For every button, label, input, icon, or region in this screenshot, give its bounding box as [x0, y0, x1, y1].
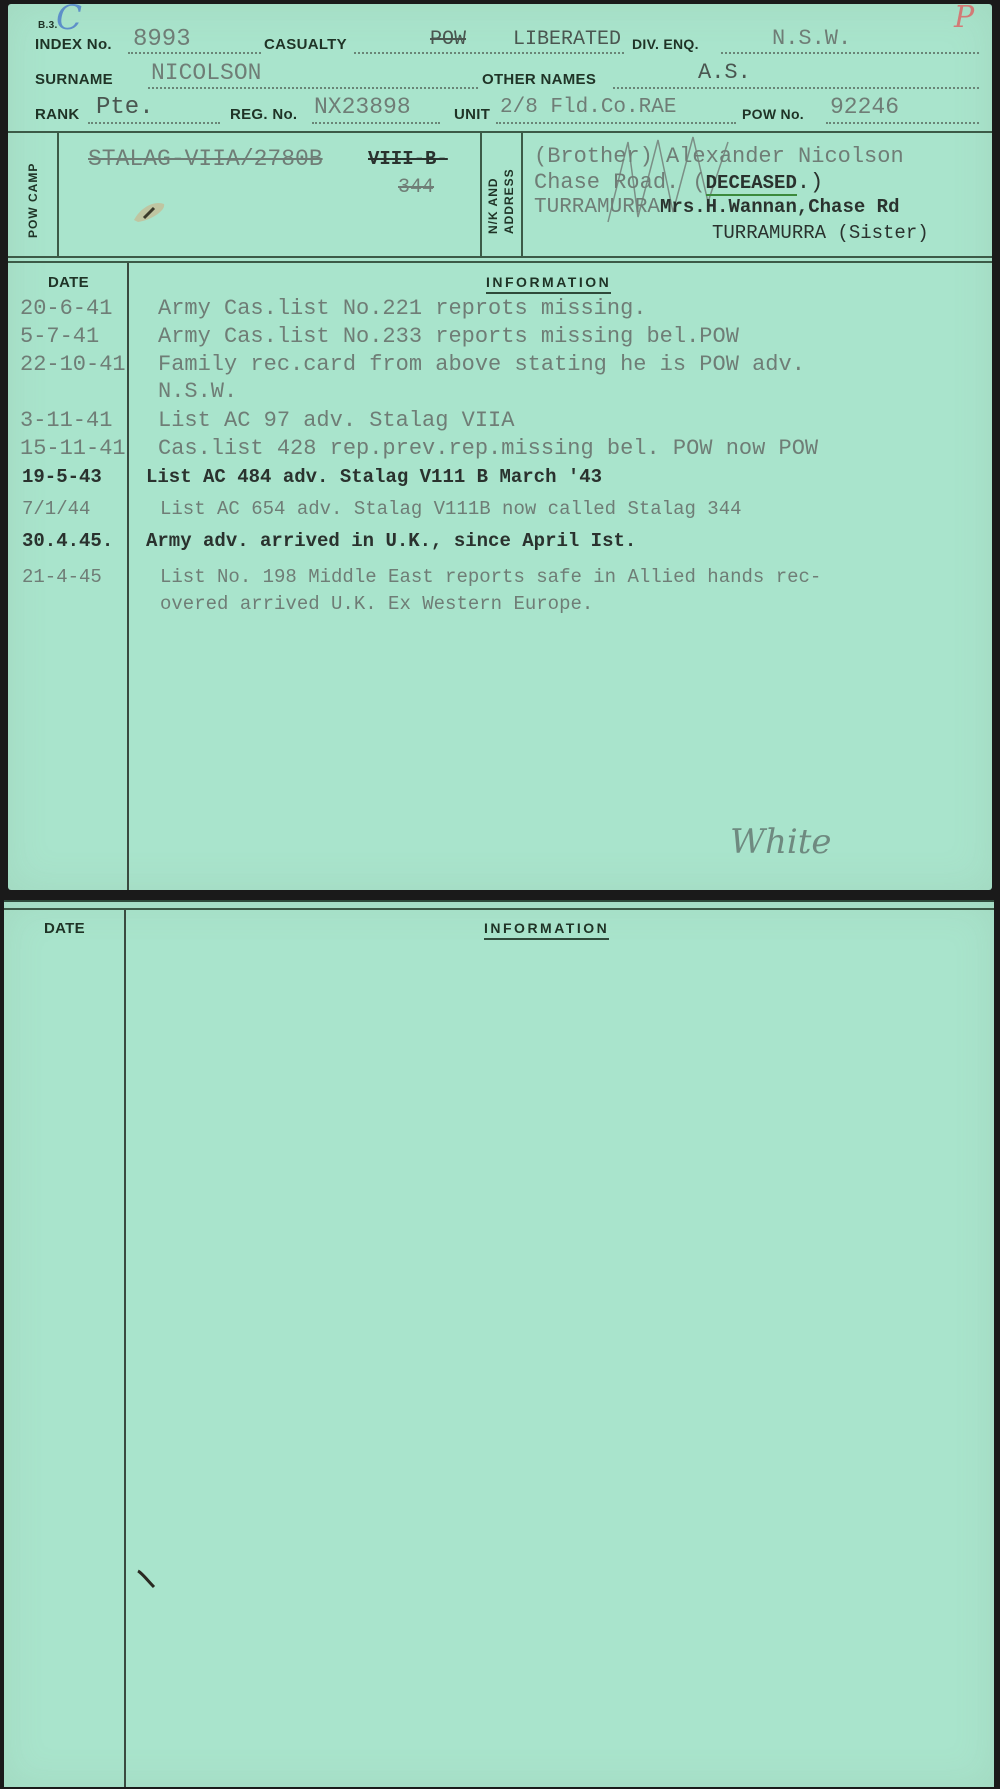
- pow-camp-divider: [57, 133, 59, 257]
- casualty-dots: [354, 52, 624, 54]
- date-header: DATE: [48, 274, 89, 291]
- index-no-label: INDEX No.: [35, 36, 112, 53]
- unit-label: UNIT: [454, 106, 490, 123]
- nok-line3: TURRAMURRAMrs.H.Wannan,Chase Rd: [534, 196, 899, 219]
- entry-info: Cas.list 428 rep.prev.rep.missing bel. P…: [158, 436, 818, 461]
- back-date-header: DATE: [44, 920, 85, 937]
- surname-dots: [148, 87, 478, 89]
- entry-date: 21-4-45: [22, 566, 102, 588]
- information-header: INFORMATION: [486, 274, 611, 294]
- reg-no-value: NX23898: [314, 94, 411, 120]
- pow-camp-struck-2: VIII-B-: [368, 148, 448, 170]
- red-pencil-mark: P: [954, 0, 974, 35]
- other-names-value: A.S.: [698, 60, 751, 85]
- entry-info: Army adv. arrived in U.K., since April I…: [146, 530, 636, 552]
- pow-camp-struck-3: 344: [398, 176, 434, 199]
- entry-date: 19-5-43: [22, 466, 102, 488]
- handwritten-note: White: [730, 822, 832, 862]
- nok-label-divider-left: [480, 133, 482, 257]
- nok-label-divider-right: [521, 133, 523, 257]
- pow-no-value: 92246: [830, 94, 899, 120]
- surname-value: NICOLSON: [151, 60, 261, 86]
- nok-line2-end: .): [797, 170, 823, 195]
- blue-pencil-mark: C: [56, 0, 82, 38]
- pow-camp-struck: STALAG-VIIA/2780B: [88, 146, 323, 172]
- nok-divider-2: [8, 261, 992, 263]
- form-code: B.3.: [38, 20, 58, 31]
- pow-camp-label: POW CAMP: [26, 163, 40, 238]
- unit-dots: [496, 122, 736, 124]
- entry-info: List AC 97 adv. Stalag VIIA: [158, 408, 514, 433]
- ink-speck: [134, 1567, 164, 1597]
- rank-dots: [88, 122, 220, 124]
- back-date-column-divider: [124, 910, 126, 1787]
- div-enq-dots: [721, 52, 979, 54]
- entry-info: List AC 654 adv. Stalag V111B now called…: [160, 498, 742, 520]
- casualty-label: CASUALTY: [264, 36, 347, 53]
- nok-line3-b: Mrs.H.Wannan,Chase Rd: [660, 196, 899, 218]
- entry-info: Army Cas.list No.221 reprots missing.: [158, 296, 646, 321]
- entry-date: 7/1/44: [22, 498, 90, 520]
- nok-line1: (Brother) Alexander Nicolson: [534, 144, 904, 169]
- div-enq-value: N.S.W.: [772, 26, 851, 51]
- entry-info: Family rec.card from above stating he is…: [158, 352, 805, 377]
- header-divider: [8, 131, 992, 133]
- back-information-header: INFORMATION: [484, 920, 609, 940]
- other-names-label: OTHER NAMES: [482, 71, 596, 88]
- entry-date: 30.4.45.: [22, 530, 113, 552]
- nok-line2: Chase Road. (DECEASED.): [534, 170, 823, 195]
- entry-date: 3-11-41: [20, 408, 112, 433]
- casualty-struck-value: POW: [430, 28, 466, 51]
- date-column-divider: [127, 263, 129, 890]
- pow-no-label: POW No.: [742, 106, 804, 122]
- nok-label-line1: N/K AND: [486, 177, 500, 234]
- unit-value: 2/8 Fld.Co.RAE: [500, 96, 676, 119]
- card-front: P C B.3. INDEX No. 8993 CASUALTY POW LIB…: [8, 4, 992, 890]
- entry-info: overed arrived U.K. Ex Western Europe.: [160, 593, 593, 615]
- rank-label: RANK: [35, 106, 80, 123]
- entry-info: List AC 484 adv. Stalag V111 B March '43: [146, 466, 602, 488]
- deceased-text: DECEASED: [706, 172, 797, 196]
- index-no-value: 8993: [133, 26, 191, 53]
- nok-label-line2: ADDRESS: [502, 168, 516, 234]
- entry-info: List No. 198 Middle East reports safe in…: [160, 566, 821, 588]
- reg-no-dots: [312, 122, 440, 124]
- entry-info: Army Cas.list No.233 reports missing bel…: [158, 324, 739, 349]
- ink-blot: [130, 198, 170, 226]
- nok-line3-a: TURRAMURRA: [534, 196, 660, 219]
- other-names-dots: [613, 87, 979, 89]
- nok-line4: TURRAMURRA (Sister): [712, 222, 929, 244]
- reg-no-label: REG. No.: [230, 106, 297, 123]
- pow-no-dots: [826, 122, 979, 124]
- entry-date: 5-7-41: [20, 324, 99, 349]
- card-back: DATE INFORMATION: [4, 900, 994, 1787]
- nok-line2-text: Chase Road. (: [534, 170, 706, 195]
- entry-date: 15-11-41: [20, 436, 126, 461]
- entry-date: 22-10-41: [20, 352, 126, 377]
- div-enq-label: DIV. ENQ.: [632, 36, 699, 52]
- entry-info: N.S.W.: [158, 379, 237, 404]
- surname-label: SURNAME: [35, 71, 113, 88]
- back-top-rule: [4, 908, 994, 910]
- entry-date: 20-6-41: [20, 296, 112, 321]
- rank-value: Pte.: [96, 94, 154, 121]
- casualty-value: LIBERATED: [513, 28, 621, 51]
- nok-divider-1: [8, 256, 992, 258]
